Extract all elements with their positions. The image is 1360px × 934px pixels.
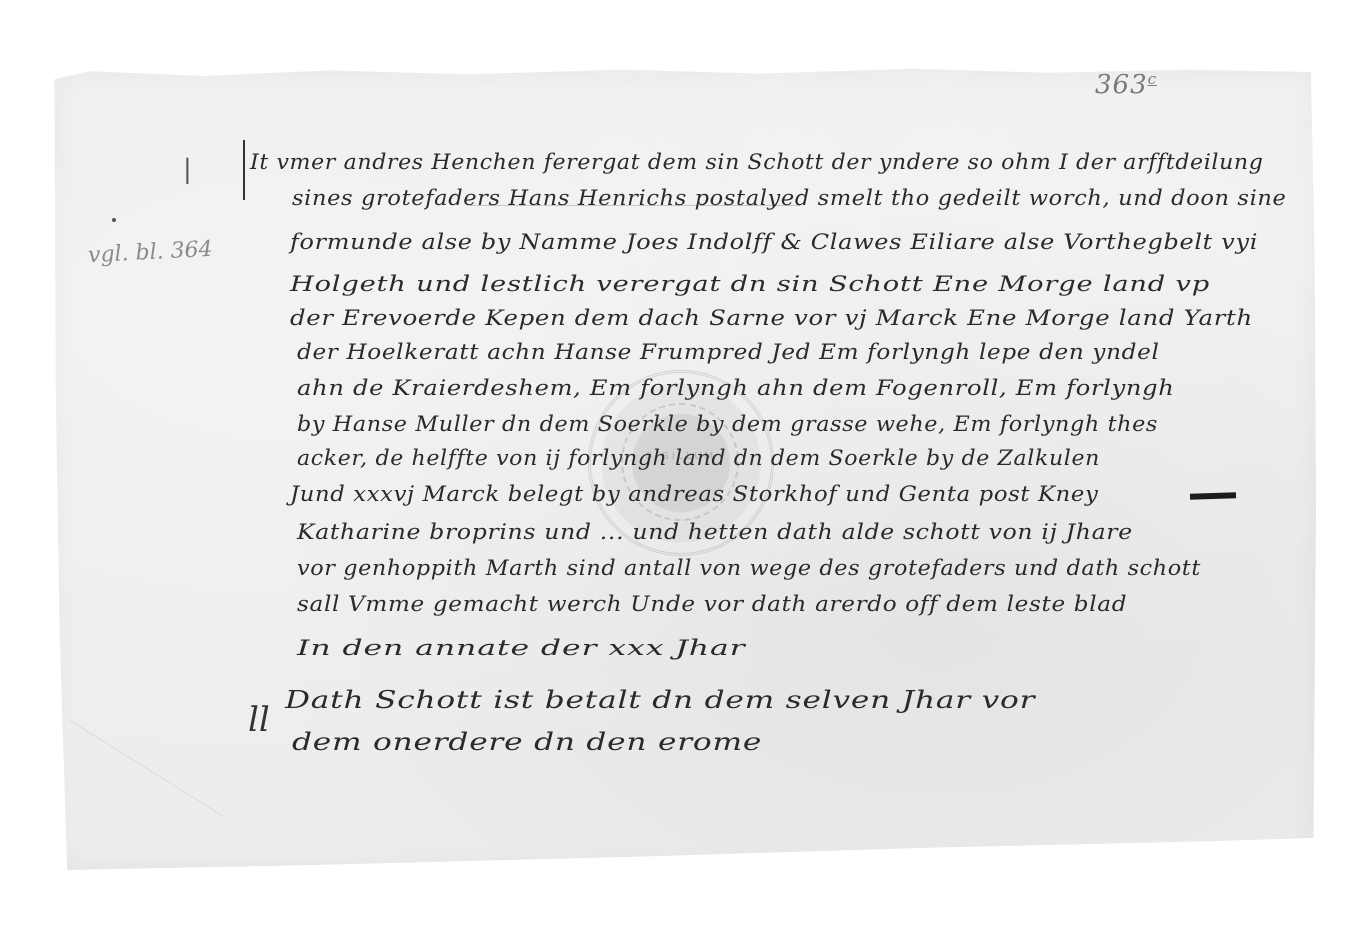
manuscript-line-9: acker, de helffte von ij forlyngh land d…: [297, 446, 1100, 470]
margin-mark-bottom: ll: [248, 700, 270, 740]
folio-number: 363c: [1095, 70, 1157, 100]
manuscript-line-2: sines grotefaders Hans Henrichs postalye…: [292, 186, 1286, 210]
manuscript-line-14: In den annate der xxx Jhar: [297, 636, 746, 660]
manuscript-line-1: It vmer andres Henchen ferergat dem sin …: [250, 150, 1264, 174]
manuscript-line-10: Jund xxxvj Marck belegt by andreas Stork…: [290, 482, 1098, 506]
manuscript-line-3: formunde alse by Namme Joes Indolff & Cl…: [290, 230, 1258, 254]
margin-mark-top: |: [183, 155, 192, 185]
manuscript-line-4: Holgeth und lestlich verergat dn sin Sch…: [290, 272, 1210, 296]
manuscript-line-13: sall Vmme gemacht werch Unde vor dath ar…: [297, 592, 1127, 616]
scan-background: 363c vgl. bl. 364 | ll SIGILLUM It vmer …: [0, 0, 1360, 934]
manuscript-line-12: vor genhoppith Marth sind antall von weg…: [297, 556, 1201, 580]
manuscript-line-6: der Hoelkeratt achn Hanse Frumpred Jed E…: [297, 340, 1160, 364]
margin-dot: [112, 218, 116, 222]
folio-suffix: c: [1148, 70, 1157, 88]
manuscript-line-16: dem onerdere dn den erome: [292, 728, 762, 756]
margin-rule-mark: [243, 140, 245, 200]
manuscript-line-15: Dath Schott ist betalt dn dem selven Jha…: [285, 686, 1035, 714]
manuscript-line-7: ahn de Kraierdeshem, Em forlyngh ahn dem…: [297, 376, 1175, 400]
manuscript-line-5: der Erevoerde Kepen dem dach Sarne vor v…: [290, 306, 1253, 330]
folio-number-value: 363: [1095, 70, 1148, 100]
manuscript-line-11: Katharine broprins und ... und hetten da…: [297, 520, 1133, 544]
manuscript-line-8: by Hanse Muller dn dem Soerkle by dem gr…: [297, 412, 1158, 436]
